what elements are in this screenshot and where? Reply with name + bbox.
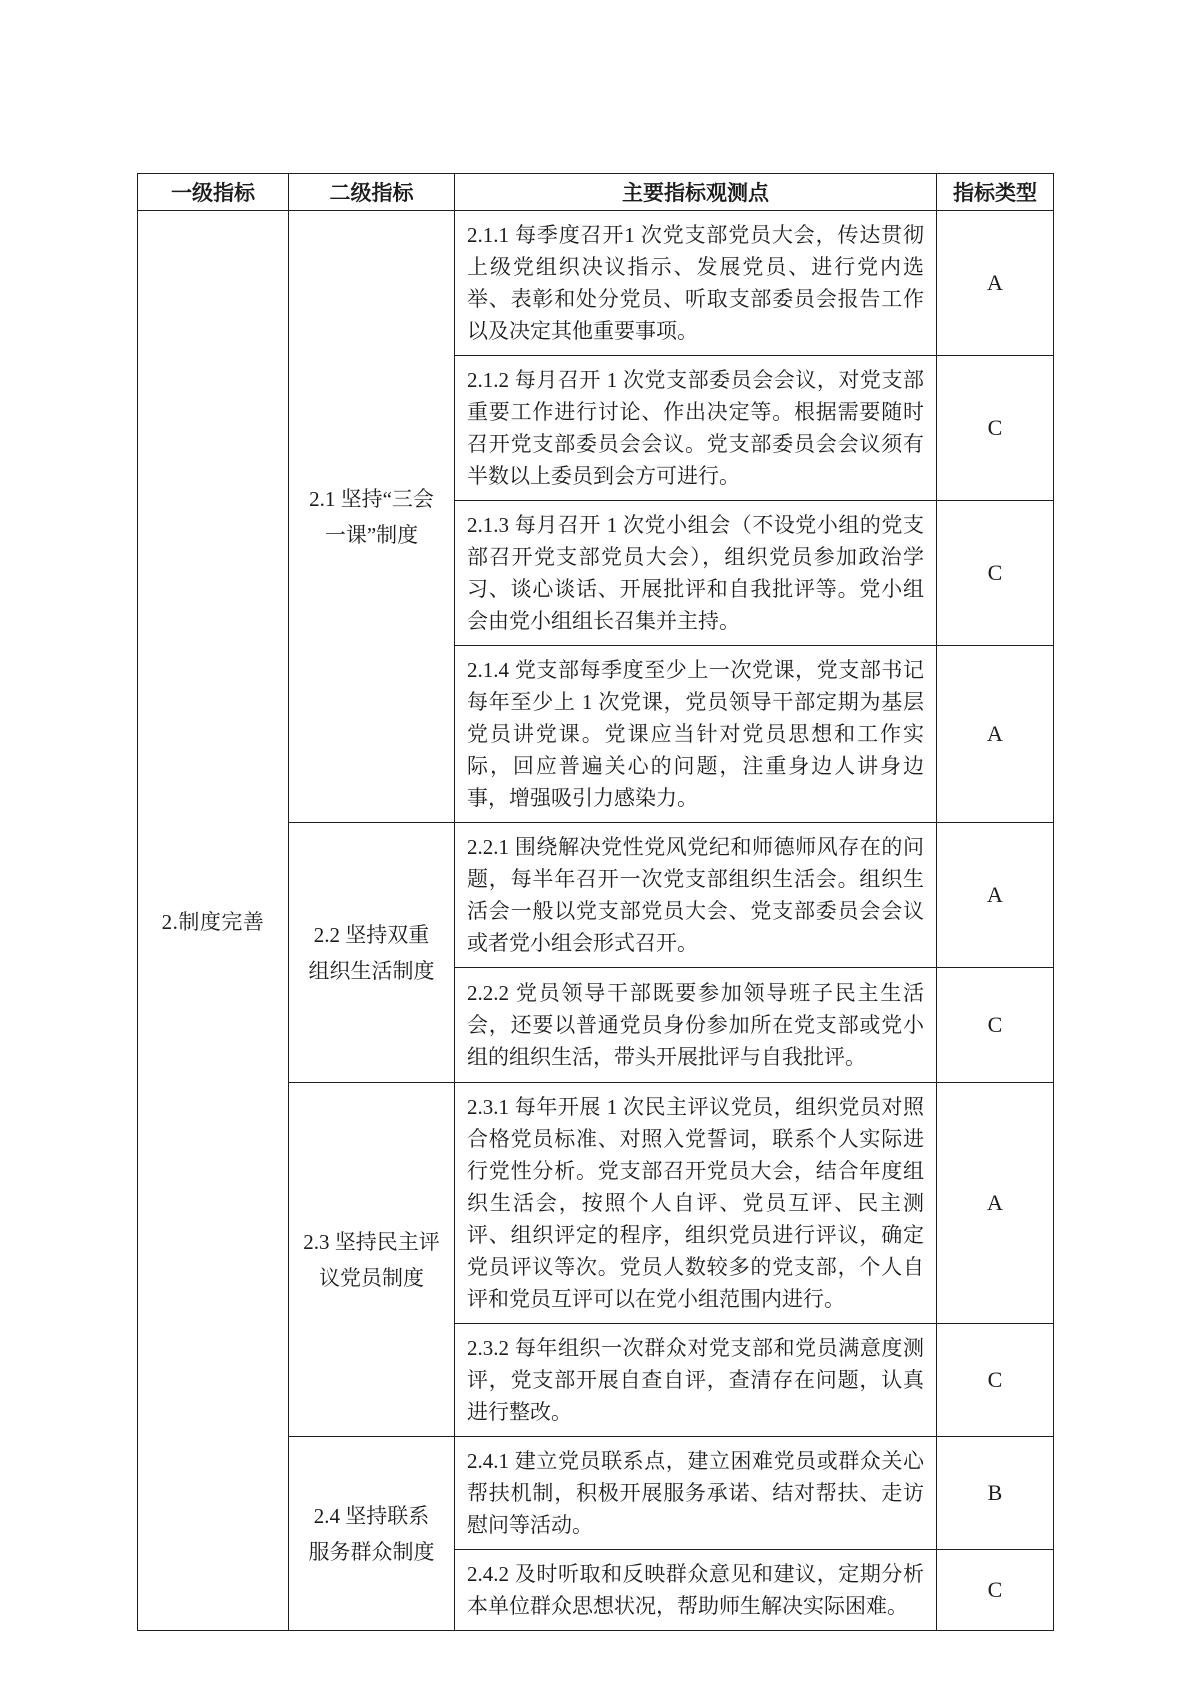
cell-type-2-2-2: C	[937, 968, 1054, 1083]
cell-secondary-indicator-2-1: 2.1 坚持“三会 一课”制度	[289, 211, 455, 823]
cell-type-2-3-2: C	[937, 1324, 1054, 1437]
cell-observation-2-4-2: 2.4.2 及时听取和反映群众意见和建议，定期分析本单位群众思想状况，帮助师生解…	[455, 1550, 937, 1631]
cell-type-2-1-1: A	[937, 211, 1054, 356]
indicator-table: 一级指标 二级指标 主要指标观测点 指标类型 2.制度完善 2.1 坚持“三会 …	[137, 173, 1054, 1631]
column-header-observation: 主要指标观测点	[455, 174, 937, 211]
cell-observation-2-1-2: 2.1.2 每月召开 1 次党支部委员会会议，对党支部重要工作进行讨论、作出决定…	[455, 356, 937, 501]
header-row: 一级指标 二级指标 主要指标观测点 指标类型	[138, 174, 1054, 211]
cell-observation-2-1-3: 2.1.3 每月召开 1 次党小组会（不设党小组的党支部召开党支部党员大会），组…	[455, 501, 937, 646]
cell-type-2-1-3: C	[937, 501, 1054, 646]
column-header-type: 指标类型	[937, 174, 1054, 211]
cell-type-2-1-2: C	[937, 356, 1054, 501]
cell-type-2-2-1: A	[937, 823, 1054, 968]
cell-observation-2-4-1: 2.4.1 建立党员联系点，建立困难党员或群众关心帮扶机制，积极开展服务承诺、结…	[455, 1437, 937, 1550]
cell-observation-2-2-1: 2.2.1 围绕解决党性党风党纪和师德师风存在的问题，每半年召开一次党支部组织生…	[455, 823, 937, 968]
cell-observation-2-2-2: 2.2.2 党员领导干部既要参加领导班子民主生活会，还要以普通党员身份参加所在党…	[455, 968, 937, 1083]
cell-type-2-1-4: A	[937, 646, 1054, 823]
cell-observation-2-3-1: 2.3.1 每年开展 1 次民主评议党员，组织党员对照合格党员标准、对照入党誓词…	[455, 1083, 937, 1324]
cell-primary-indicator: 2.制度完善	[138, 211, 289, 1631]
cell-type-2-4-1: B	[937, 1437, 1054, 1550]
cell-type-2-3-1: A	[937, 1083, 1054, 1324]
cell-secondary-indicator-2-4: 2.4 坚持联系 服务群众制度	[289, 1437, 455, 1631]
table-row: 2.制度完善 2.1 坚持“三会 一课”制度 2.1.1 每季度召开1 次党支部…	[138, 211, 1054, 356]
cell-secondary-indicator-2-2: 2.2 坚持双重 组织生活制度	[289, 823, 455, 1083]
cell-observation-2-1-4: 2.1.4 党支部每季度至少上一次党课，党支部书记每年至少上 1 次党课，党员领…	[455, 646, 937, 823]
cell-secondary-indicator-2-3: 2.3 坚持民主评 议党员制度	[289, 1083, 455, 1437]
cell-observation-2-1-1: 2.1.1 每季度召开1 次党支部党员大会，传达贯彻上级党组织决议指示、发展党员…	[455, 211, 937, 356]
column-header-level1: 一级指标	[138, 174, 289, 211]
cell-type-2-4-2: C	[937, 1550, 1054, 1631]
cell-observation-2-3-2: 2.3.2 每年组织一次群众对党支部和党员满意度测评，党支部开展自查自评，查清存…	[455, 1324, 937, 1437]
column-header-level2: 二级指标	[289, 174, 455, 211]
